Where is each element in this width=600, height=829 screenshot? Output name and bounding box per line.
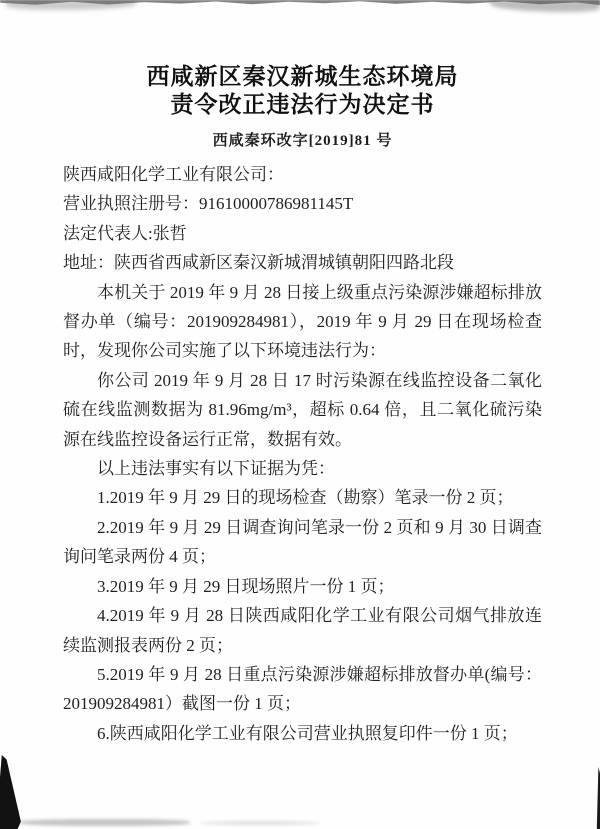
scan-artifact-bottom-right-sliver xyxy=(596,767,600,829)
scan-artifact-bottom-left-corner xyxy=(0,755,22,829)
evidence-item-1: 1.2019 年 9 月 29 日的现场检查（勘察）笔录一份 2 页； xyxy=(63,483,542,512)
document-title-line1: 西咸新区秦汉新城生态环境局 xyxy=(63,62,542,90)
document-title: 西咸新区秦汉新城生态环境局 责令改正违法行为决定书 xyxy=(63,62,542,118)
paragraph-evidence-intro: 以上违法事实有以下证据为凭： xyxy=(63,454,542,483)
license-number-line: 营业执照注册号：91610000786981145T xyxy=(63,189,542,218)
document-content: 西咸新区秦汉新城生态环境局 责令改正违法行为决定书 西咸秦环改字[2019]81… xyxy=(0,0,600,748)
paragraph-violation-finding: 你公司 2019 年 9 月 28 日 17 时污染源在线监控设备二氧化硫在线监… xyxy=(63,366,542,454)
document-body: 陕西咸阳化学工业有限公司： 营业执照注册号：91610000786981145T… xyxy=(63,160,542,748)
evidence-item-4: 4.2019 年 9 月 28 日陕西咸阳化学工业有限公司烟气排放连续监测报表两… xyxy=(63,601,542,660)
address-line: 地址：陕西省西咸新区秦汉新城渭城镇朝阳四路北段 xyxy=(63,248,542,277)
evidence-item-6: 6.陕西咸阳化学工业有限公司营业执照复印件一份 1 页； xyxy=(63,719,542,748)
legal-representative-line: 法定代表人:张哲 xyxy=(63,219,542,248)
scan-artifact-bottom-smudge xyxy=(20,819,190,826)
document-title-line2: 责令改正违法行为决定书 xyxy=(63,90,542,118)
paragraph-case-intro: 本机关于 2019 年 9 月 28 日接上级重点污染源涉嫌超标排放督办单（编号… xyxy=(63,278,542,366)
recipient-company-line: 陕西咸阳化学工业有限公司： xyxy=(63,160,542,189)
evidence-item-3: 3.2019 年 9 月 29 日现场照片一份 1 页； xyxy=(63,572,542,601)
evidence-item-2: 2.2019 年 9 月 29 日调查询问笔录一份 2 页和 9 月 30 日调… xyxy=(63,513,542,572)
evidence-item-5: 5.2019 年 9 月 28 日重点污染源涉嫌超标排放督办单(编号：20190… xyxy=(63,660,542,719)
scan-artifact-bottom-smudge-faint xyxy=(200,821,320,825)
document-number: 西咸秦环改字[2019]81 号 xyxy=(63,131,542,151)
scanned-document-page: 西咸新区秦汉新城生态环境局 责令改正违法行为决定书 西咸秦环改字[2019]81… xyxy=(0,0,600,829)
